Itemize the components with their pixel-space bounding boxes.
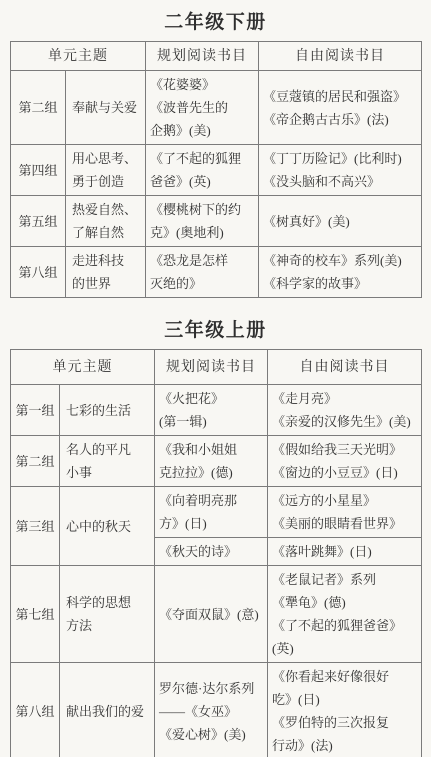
header-free-books: 自由阅读书目 <box>259 42 422 71</box>
free-books-cell: 《落叶跳舞》(日) <box>268 538 422 566</box>
text-line: 走进科技 <box>72 249 142 272</box>
planned-books-cell: 《秋天的诗》 <box>155 538 268 566</box>
text-line: (第一辑) <box>159 410 265 433</box>
text-line: 《老鼠记者》系列 <box>272 568 419 591</box>
table-row: 第一组七彩的生活《火把花》(第一辑)《走月亮》《亲爱的汉修先生》(美) <box>11 385 422 436</box>
reading-table-grade2-vol2: 单元主题 规划阅读书目 自由阅读书目 第二组奉献与关爱《花婆婆》《波普先生的企鹅… <box>10 41 422 298</box>
text-line: 爸爸》(英) <box>150 170 256 193</box>
text-line: 《了不起的狐狸 <box>150 147 256 170</box>
text-line: 了解自然 <box>72 221 142 244</box>
text-line: 吃》(日) <box>272 688 419 711</box>
header-unit-theme: 单元主题 <box>11 350 155 385</box>
theme-cell: 献出我们的爱 <box>60 663 155 757</box>
free-books-cell: 《假如给我三天光明》《窗边的小豆豆》(日) <box>268 436 422 487</box>
table-body: 第一组七彩的生活《火把花》(第一辑)《走月亮》《亲爱的汉修先生》(美)第二组名人… <box>11 385 422 757</box>
text-line: 《窗边的小豆豆》(日) <box>272 461 419 484</box>
text-line: 《秋天的诗》 <box>159 540 265 563</box>
free-books-cell: 《丁丁历险记》(比利时)《没头脑和不高兴》 <box>259 145 422 196</box>
text-line: 《帝企鹅古古乐》(法) <box>263 108 419 131</box>
text-line: 《豆蔻镇的居民和强盗》 <box>263 85 419 108</box>
free-books-cell: 《豆蔻镇的居民和强盗》《帝企鹅古古乐》(法) <box>259 71 422 145</box>
free-books-cell: 《走月亮》《亲爱的汉修先生》(美) <box>268 385 422 436</box>
theme-cell: 名人的平凡小事 <box>60 436 155 487</box>
group-cell: 第二组 <box>11 71 66 145</box>
text-line: 《远方的小星星》 <box>272 489 419 512</box>
table-body: 第二组奉献与关爱《花婆婆》《波普先生的企鹅》(美)《豆蔻镇的居民和强盗》《帝企鹅… <box>11 71 422 298</box>
text-line: 《亲爱的汉修先生》(美) <box>272 410 419 433</box>
text-line: 行动》(法) <box>272 734 419 757</box>
text-line: 《我和小姐姐 <box>159 438 265 461</box>
table-row: 第五组热爱自然、了解自然《樱桃树下的约克》(奥地利)《树真好》(美) <box>11 196 422 247</box>
text-line: 献出我们的爱 <box>66 700 151 723</box>
text-line: 《丁丁历险记》(比利时) <box>263 147 419 170</box>
text-line: 科学的思想 <box>66 591 151 614</box>
planned-books-cell: 《向着明亮那方》(日) <box>155 487 268 538</box>
group-cell: 第八组 <box>11 663 60 757</box>
header-row: 单元主题 规划阅读书目 自由阅读书目 <box>11 42 422 71</box>
table-row: 第二组名人的平凡小事《我和小姐姐克拉拉》(德)《假如给我三天光明》《窗边的小豆豆… <box>11 436 422 487</box>
reading-table-grade3-vol1: 单元主题 规划阅读书目 自由阅读书目 第一组七彩的生活《火把花》(第一辑)《走月… <box>10 349 422 757</box>
text-line: 的世界 <box>72 272 142 295</box>
text-line: 《花婆婆》 <box>150 73 256 96</box>
planned-books-cell: 《花婆婆》《波普先生的企鹅》(美) <box>146 71 259 145</box>
planned-books-cell: 罗尔德·达尔系列——《女巫》《爱心树》(美) <box>155 663 268 757</box>
group-cell: 第四组 <box>11 145 66 196</box>
planned-books-cell: 《樱桃树下的约克》(奥地利) <box>146 196 259 247</box>
group-cell: 第二组 <box>11 436 60 487</box>
table-section-grade2-vol2: 二年级下册 单元主题 规划阅读书目 自由阅读书目 第二组奉献与关爱《花婆婆》《波… <box>0 0 431 298</box>
group-cell: 第五组 <box>11 196 66 247</box>
text-line: 《走月亮》 <box>272 387 419 410</box>
group-cell: 第八组 <box>11 247 66 298</box>
text-line: 《树真好》(美) <box>263 210 419 233</box>
planned-books-cell: 《火把花》(第一辑) <box>155 385 268 436</box>
planned-books-cell: 《了不起的狐狸爸爸》(英) <box>146 145 259 196</box>
table-section-grade3-vol1: 三年级上册 单元主题 规划阅读书目 自由阅读书目 第一组七彩的生活《火把花》(第… <box>0 298 431 757</box>
header-planned-books: 规划阅读书目 <box>155 350 268 385</box>
theme-cell: 热爱自然、了解自然 <box>66 196 146 247</box>
text-line: ——《女巫》 <box>159 700 265 723</box>
group-cell: 第三组 <box>11 487 60 566</box>
text-line: 灭绝的》 <box>150 272 256 295</box>
theme-cell: 走进科技的世界 <box>66 247 146 298</box>
free-books-cell: 《神奇的校车》系列(美)《科学家的故事》 <box>259 247 422 298</box>
table-row: 第四组用心思考、勇于创造《了不起的狐狸爸爸》(英)《丁丁历险记》(比利时)《没头… <box>11 145 422 196</box>
header-row: 单元主题 规划阅读书目 自由阅读书目 <box>11 350 422 385</box>
text-line: 热爱自然、 <box>72 198 142 221</box>
table-title-grade3-vol1: 三年级上册 <box>0 298 431 342</box>
free-books-cell: 《远方的小星星》《美丽的眼睛看世界》 <box>268 487 422 538</box>
theme-cell: 七彩的生活 <box>60 385 155 436</box>
text-line: 奉献与关爱 <box>72 96 142 119</box>
free-books-cell: 《老鼠记者》系列《犟龟》(德)《了不起的狐狸爸爸》(英) <box>268 566 422 663</box>
text-line: 方》(日) <box>159 512 265 535</box>
planned-books-cell: 《恐龙是怎样灭绝的》 <box>146 247 259 298</box>
text-line: 《落叶跳舞》(日) <box>272 540 419 563</box>
planned-books-cell: 《我和小姐姐克拉拉》(德) <box>155 436 268 487</box>
free-books-cell: 《树真好》(美) <box>259 196 422 247</box>
scanned-page: 二年级下册 单元主题 规划阅读书目 自由阅读书目 第二组奉献与关爱《花婆婆》《波… <box>0 0 431 757</box>
table-row: 第三组心中的秋天《向着明亮那方》(日)《远方的小星星》《美丽的眼睛看世界》 <box>11 487 422 538</box>
text-line: 《爱心树》(美) <box>159 723 265 746</box>
text-line: 《向着明亮那 <box>159 489 265 512</box>
text-line: 《神奇的校车》系列(美) <box>263 249 419 272</box>
theme-cell: 科学的思想方法 <box>60 566 155 663</box>
text-line: (英) <box>272 637 419 660</box>
text-line: 罗尔德·达尔系列 <box>159 677 265 700</box>
header-free-books: 自由阅读书目 <box>268 350 422 385</box>
text-line: 用心思考、 <box>72 147 142 170</box>
theme-cell: 奉献与关爱 <box>66 71 146 145</box>
text-line: 《科学家的故事》 <box>263 272 419 295</box>
text-line: 《波普先生的 <box>150 96 256 119</box>
text-line: 《罗伯特的三次报复 <box>272 711 419 734</box>
text-line: 克拉拉》(德) <box>159 461 265 484</box>
text-line: 七彩的生活 <box>66 399 151 422</box>
header-unit-theme: 单元主题 <box>11 42 146 71</box>
planned-books-cell: 《夺面双鼠》(意) <box>155 566 268 663</box>
table-row: 第二组奉献与关爱《花婆婆》《波普先生的企鹅》(美)《豆蔻镇的居民和强盗》《帝企鹅… <box>11 71 422 145</box>
text-line: 名人的平凡 <box>66 438 151 461</box>
group-cell: 第一组 <box>11 385 60 436</box>
text-line: 勇于创造 <box>72 170 142 193</box>
text-line: 《樱桃树下的约 <box>150 198 256 221</box>
text-line: 小事 <box>66 461 151 484</box>
text-line: 《你看起来好像很好 <box>272 665 419 688</box>
text-line: 《没头脑和不高兴》 <box>263 170 419 193</box>
group-cell: 第七组 <box>11 566 60 663</box>
table-title-grade2-vol2: 二年级下册 <box>0 0 431 34</box>
text-line: 《了不起的狐狸爸爸》 <box>272 614 419 637</box>
text-line: 企鹅》(美) <box>150 119 256 142</box>
table-row: 第七组科学的思想方法《夺面双鼠》(意)《老鼠记者》系列《犟龟》(德)《了不起的狐… <box>11 566 422 663</box>
table-row: 第八组走进科技的世界《恐龙是怎样灭绝的》《神奇的校车》系列(美)《科学家的故事》 <box>11 247 422 298</box>
header-planned-books: 规划阅读书目 <box>146 42 259 71</box>
text-line: 方法 <box>66 614 151 637</box>
text-line: 《美丽的眼睛看世界》 <box>272 512 419 535</box>
text-line: 克》(奥地利) <box>150 221 256 244</box>
text-line: 心中的秋天 <box>66 515 151 538</box>
text-line: 《恐龙是怎样 <box>150 249 256 272</box>
theme-cell: 心中的秋天 <box>60 487 155 566</box>
table-row: 第八组献出我们的爱罗尔德·达尔系列——《女巫》《爱心树》(美)《你看起来好像很好… <box>11 663 422 757</box>
text-line: 《夺面双鼠》(意) <box>159 603 265 626</box>
text-line: 《假如给我三天光明》 <box>272 438 419 461</box>
free-books-cell: 《你看起来好像很好吃》(日)《罗伯特的三次报复行动》(法) <box>268 663 422 757</box>
text-line: 《火把花》 <box>159 387 265 410</box>
theme-cell: 用心思考、勇于创造 <box>66 145 146 196</box>
text-line: 《犟龟》(德) <box>272 591 419 614</box>
